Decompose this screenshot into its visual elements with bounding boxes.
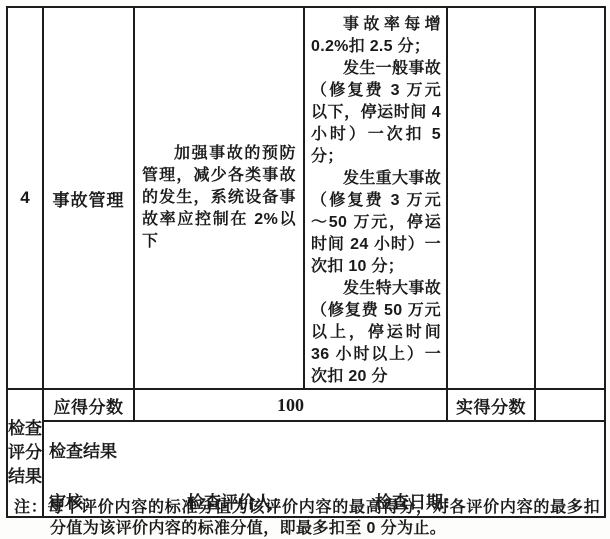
expected-score-value: 100 [134, 389, 447, 421]
criteria-line: 发生特大事故（修复费 50 万元以上，停运时间 36 小时以上）一次扣 20 分 [311, 278, 441, 388]
criteria-line: 发生重大事故（修复费 3 万元～50 万元，停运时间 24 小时）一次扣 10 … [311, 168, 441, 278]
actual-score-value-cell [535, 389, 605, 421]
empty-cell-1 [447, 7, 535, 389]
evaluation-score-table: 4 事故管理 加强事故的预防管理，减少各类事故的发生，系统设备事故率应控制在 2… [6, 6, 606, 518]
footnote: 注：每个评价内容的标准分值为该评价内容的最高得分，对各评价内容的最多扣分值为该评… [14, 497, 600, 539]
score-row: 检查 评分 结果 应得分数 100 实得分数 [7, 389, 605, 421]
item-description-cell: 加强事故的预防管理，减少各类事故的发生，系统设备事故率应控制在 2%以下 [134, 7, 304, 389]
check-result-label: 检查结果 [49, 437, 604, 462]
criteria-line: 事故率每增 0.2%扣 2.5 分； [311, 14, 441, 58]
criteria-line: 发生一般事故（修复费 3 万元以下，停运时间 4 小时）一次扣 5 分； [311, 58, 441, 168]
document-page: 4 事故管理 加强事故的预防管理，减少各类事故的发生，系统设备事故率应控制在 2… [0, 0, 610, 539]
seq-number-cell: 4 [7, 7, 43, 389]
item-name-cell: 事故管理 [43, 7, 134, 389]
scoring-criteria-cell: 事故率每增 0.2%扣 2.5 分； 发生一般事故（修复费 3 万元以下，停运时… [304, 7, 447, 389]
criteria-row: 4 事故管理 加强事故的预防管理，减少各类事故的发生，系统设备事故率应控制在 2… [7, 7, 605, 389]
expected-score-label: 应得分数 [43, 389, 134, 421]
empty-cell-2 [535, 7, 605, 389]
item-description-text: 加强事故的预防管理，减少各类事故的发生，系统设备事故率应控制在 2%以下 [142, 143, 296, 253]
actual-score-label: 实得分数 [447, 389, 535, 421]
